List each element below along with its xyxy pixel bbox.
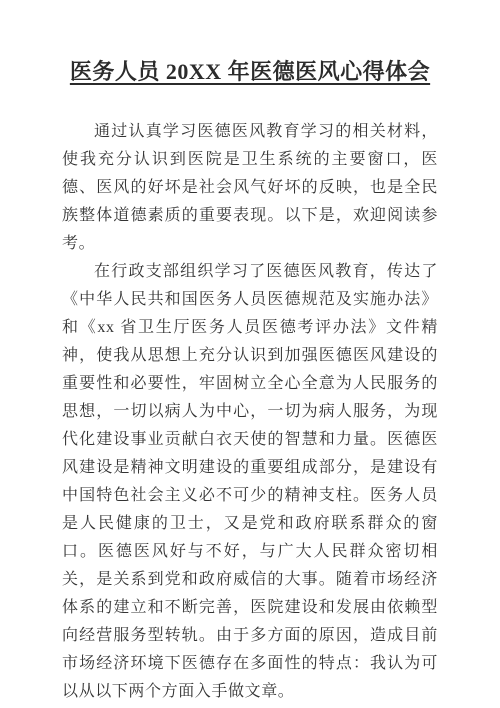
- document-title: 医务人员 20XX 年医德医风心得体会: [62, 56, 438, 88]
- document-page: 医务人员 20XX 年医德医风心得体会 通过认真学习医德医风教育学习的相关材料，…: [0, 0, 500, 708]
- document-body: 通过认真学习医德医风教育学习的相关材料，使我充分认识到医院是卫生系统的主要窗口，…: [62, 118, 438, 706]
- paragraph: 在行政支部组织学习了医德医风教育，传达了《中华人民共和国医务人员医德规范及实施办…: [62, 258, 438, 706]
- paragraph: 通过认真学习医德医风教育学习的相关材料，使我充分认识到医院是卫生系统的主要窗口，…: [62, 118, 438, 258]
